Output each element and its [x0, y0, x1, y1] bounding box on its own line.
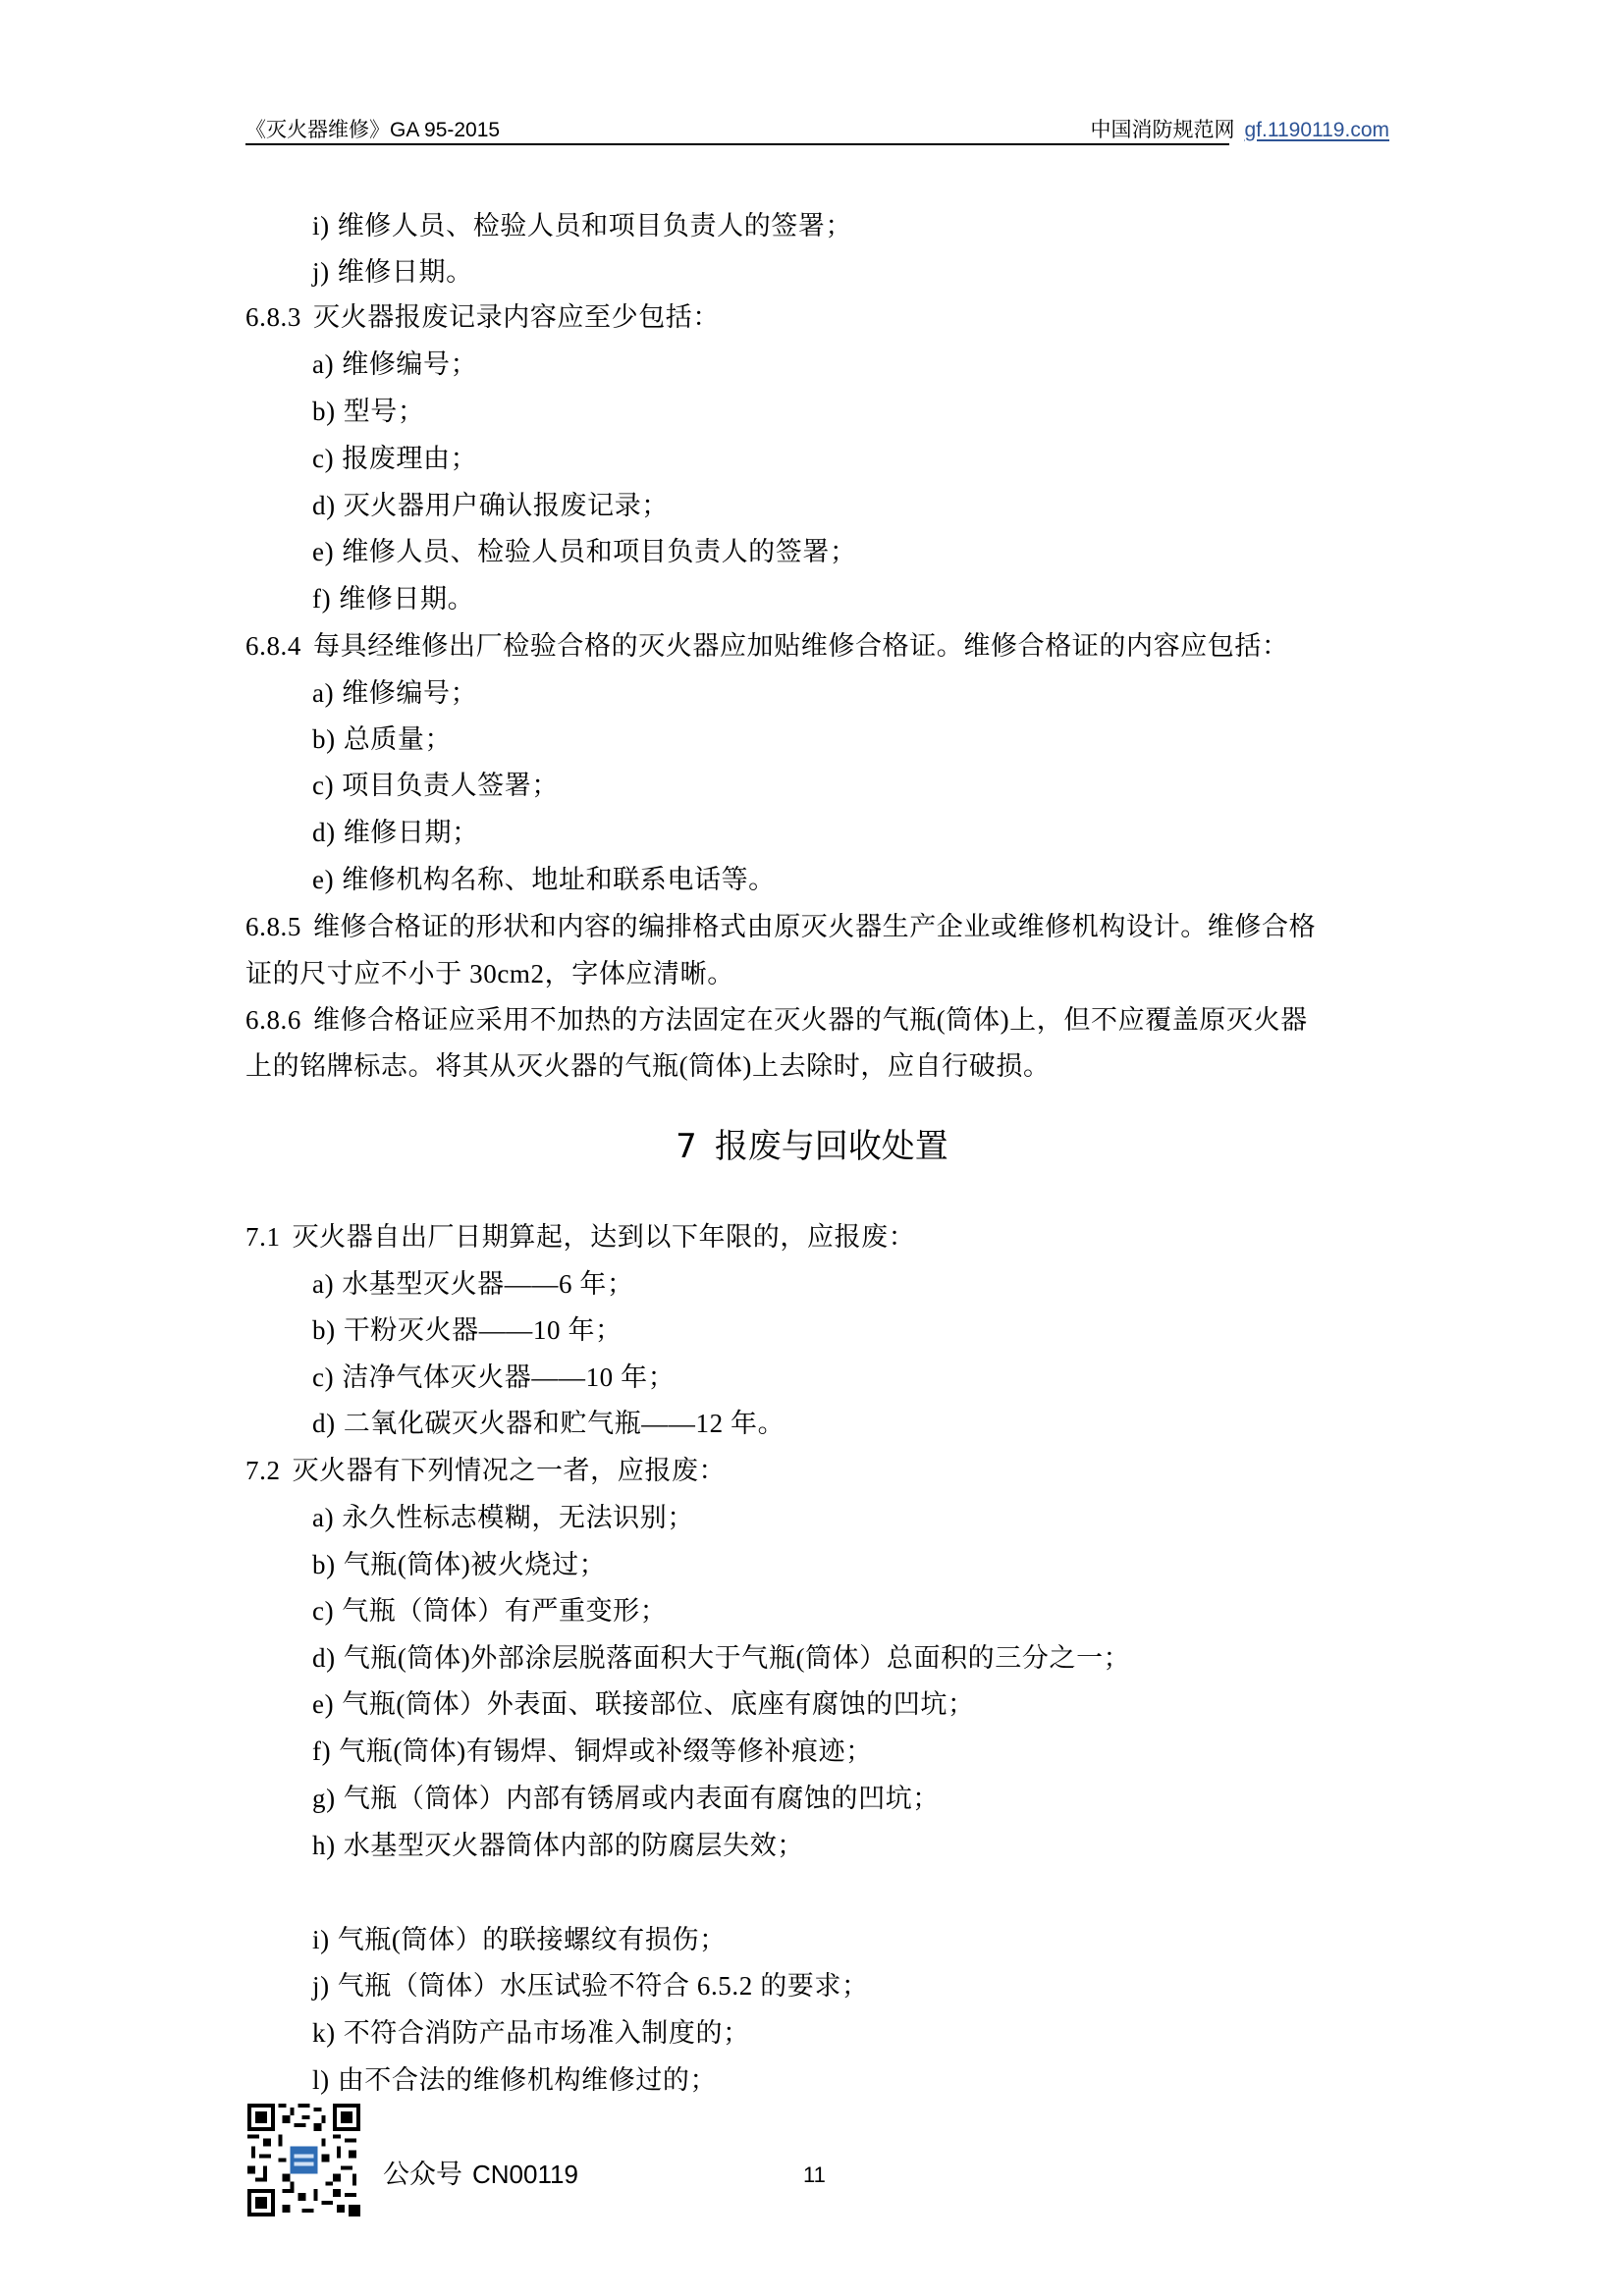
- header-rule: [245, 143, 1229, 145]
- list-item: j)气瓶（筒体）水压试验不符合 6.5.2 的要求；: [312, 1969, 869, 2002]
- list-item: j)维修日期。: [312, 255, 473, 289]
- list-item: f)气瓶(筒体)有锡焊、铜焊或补缀等修补痕迹；: [312, 1735, 873, 1768]
- clause-7-1: 7.1灭火器自出厂日期算起，达到以下年限的，应报废：: [245, 1220, 915, 1254]
- list-item: d)维修日期；: [312, 816, 479, 849]
- list-item: g)气瓶（筒体）内部有锈屑或内表面有腐蚀的凹坑；: [312, 1782, 940, 1815]
- list-item: a)水基型灭火器——6 年；: [312, 1267, 634, 1301]
- list-item: b)气瓶(筒体)被火烧过；: [312, 1548, 606, 1581]
- clause-7-2: 7.2灭火器有下列情况之一者，应报废：: [245, 1454, 726, 1487]
- list-item: b)干粉灭火器——10 年；: [312, 1313, 623, 1347]
- list-item: c)项目负责人签署；: [312, 769, 559, 802]
- list-item: h)水基型灭火器筒体内部的防腐层失效；: [312, 1829, 804, 1862]
- header-site: 中国消防规范网gf.1190119.com: [1091, 117, 1390, 144]
- list-item: b)型号；: [312, 395, 425, 428]
- list-item: d)气瓶(筒体)外部涂层脱落面积大于气瓶(筒体）总面积的三分之一；: [312, 1641, 1130, 1675]
- list-item: i)气瓶(筒体）的联接螺纹有损伤；: [312, 1923, 727, 1956]
- list-item: e)气瓶(筒体）外表面、联接部位、底座有腐蚀的凹坑；: [312, 1687, 975, 1721]
- list-item: a)维修编号；: [312, 347, 477, 381]
- list-item: e)维修机构名称、地址和联系电话等。: [312, 863, 776, 896]
- chapter-heading: 7报废与回收处置: [0, 1127, 1624, 1166]
- site-name: 中国消防规范网: [1091, 119, 1235, 141]
- list-item: c)报废理由；: [312, 442, 477, 475]
- clause-6-8-4: 6.8.4每具经维修出厂检验合格的灭火器应加贴维修合格证。维修合格证的内容应包括…: [245, 629, 1289, 663]
- clause-6-8-6: 6.8.6维修合格证应采用不加热的方法固定在灭火器的气瓶(筒体)上，但不应覆盖原…: [245, 1003, 1308, 1037]
- list-item: k)不符合消防产品市场准入制度的；: [312, 2016, 750, 2050]
- list-item: f)维修日期。: [312, 582, 474, 615]
- list-item: i)维修人员、检验人员和项目负责人的签署；: [312, 209, 852, 242]
- clause-6-8-5-cont: 证的尺寸应不小于 30cm2，字体应清晰。: [245, 957, 734, 990]
- qr-code-icon[interactable]: [247, 2104, 360, 2216]
- list-item: a)永久性标志模糊，无法识别；: [312, 1501, 694, 1534]
- page-number: 11: [803, 2162, 826, 2189]
- list-item: l)由不合法的维修机构维修过的；: [312, 2063, 717, 2097]
- clause-6-8-5: 6.8.5维修合格证的形状和内容的编排格式由原灭火器生产企业或维修机构设计。维修…: [245, 910, 1316, 943]
- list-item: a)维修编号；: [312, 676, 477, 710]
- clause-6-8-6-cont: 上的铭牌标志。将其从灭火器的气瓶(筒体)上去除时，应自行破损。: [245, 1049, 1051, 1083]
- list-item: c)气瓶（筒体）有严重变形；: [312, 1594, 667, 1628]
- wechat-account: 公众号CN00119: [383, 2158, 578, 2191]
- clause-6-8-3: 6.8.3灭火器报废记录内容应至少包括：: [245, 300, 720, 334]
- site-link[interactable]: gf.1190119.com: [1245, 119, 1390, 141]
- list-item: d)二氧化碳灭火器和贮气瓶——12 年。: [312, 1407, 785, 1440]
- document-title: 《灭火器维修》GA 95-2015: [245, 117, 500, 144]
- list-item: c)洁净气体灭火器——10 年；: [312, 1361, 675, 1394]
- list-item: d)灭火器用户确认报废记录；: [312, 489, 669, 522]
- page-header: 《灭火器维修》GA 95-2015 中国消防规范网gf.1190119.com: [245, 115, 1389, 148]
- list-item: e)维修人员、检验人员和项目负责人的签署；: [312, 535, 857, 568]
- list-item: b)总质量；: [312, 722, 452, 756]
